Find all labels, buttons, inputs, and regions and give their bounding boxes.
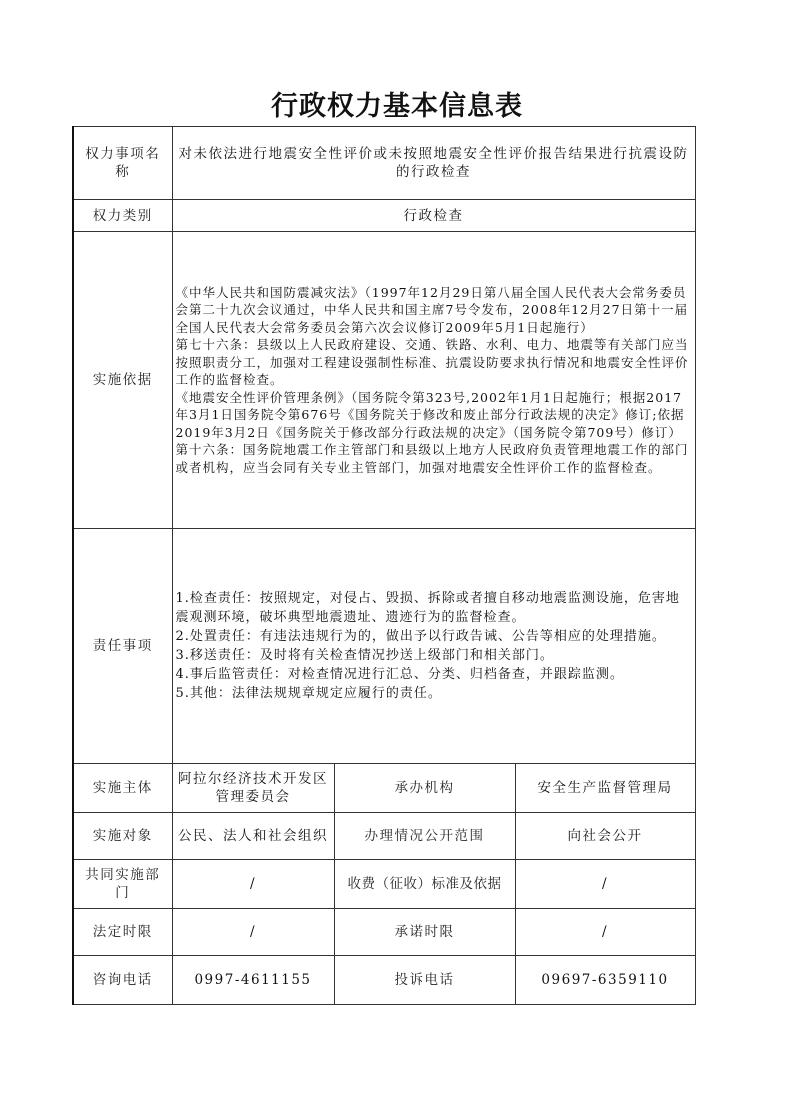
responsibility-item: 4.事后监管责任：对检查情况进行汇总、分类、归档备查，并跟踪监测。 [176, 665, 692, 684]
label-legal-deadline: 法定时限 [73, 909, 172, 956]
row-joint: 共同实施部门 / 收费（征收）标准及依据 / [73, 860, 695, 909]
label-basis: 实施依据 [73, 232, 172, 529]
value-power-category: 行政检查 [172, 200, 695, 232]
value-power-name: 对未依法进行地震安全性评价或未按照地震安全性评价报告结果进行抗震设防的行政检查 [172, 127, 695, 200]
value-inquiry-phone: 0997-4611155 [172, 956, 334, 1005]
basis-paragraph: 第七十六条：县级以上人民政府建设、交通、铁路、水利、电力、地震等有关部门应当按照… [176, 336, 692, 389]
value-joint-dept: / [172, 860, 334, 909]
label-complaint-phone: 投诉电话 [334, 956, 515, 1005]
row-responsibility: 责任事项 1.检查责任：按照规定，对侵占、毁损、拆除或者擅自移动地震监测设施，危… [73, 529, 695, 764]
value-target: 公民、法人和社会组织 [172, 813, 334, 860]
value-promised-deadline: / [515, 909, 695, 956]
row-power-name: 权力事项名称 对未依法进行地震安全性评价或未按照地震安全性评价报告结果进行抗震设… [73, 127, 695, 200]
value-disclosure-scope: 向社会公开 [515, 813, 695, 860]
responsibility-item: 1.检查责任：按照规定，对侵占、毁损、拆除或者擅自移动地震监测设施，危害地震观测… [176, 589, 692, 627]
row-phone: 咨询电话 0997-4611155 投诉电话 09697-6359110 [73, 956, 695, 1005]
value-legal-deadline: / [172, 909, 334, 956]
row-deadline: 法定时限 / 承诺时限 / [73, 909, 695, 956]
row-subject: 实施主体 阿拉尔经济技术开发区管理委员会 承办机构 安全生产监督管理局 [73, 764, 695, 813]
responsibility-item: 2.处置责任：有违法违规行为的，做出予以行政告诫、公告等相应的处理措施。 [176, 627, 692, 646]
basis-paragraph: 第十六条：国务院地震工作主管部门和县级以上地方人民政府负责管理地震工作的部门或者… [176, 441, 692, 476]
label-joint-dept: 共同实施部门 [73, 860, 172, 909]
row-power-category: 权力类别 行政检查 [73, 200, 695, 232]
label-promised-deadline: 承诺时限 [334, 909, 515, 956]
label-disclosure-scope: 办理情况公开范围 [334, 813, 515, 860]
value-complaint-phone: 09697-6359110 [515, 956, 695, 1005]
label-inquiry-phone: 咨询电话 [73, 956, 172, 1005]
label-fee-standard: 收费（征收）标准及依据 [334, 860, 515, 909]
label-responsibility: 责任事项 [73, 529, 172, 764]
row-basis: 实施依据 《中华人民共和国防震减灾法》（1997年12月29日第八届全国人民代表… [73, 232, 695, 529]
page-title: 行政权力基本信息表 [0, 84, 794, 123]
responsibility-item: 5.其他：法律法规规章规定应履行的责任。 [176, 684, 692, 703]
responsibility-item: 3.移送责任：及时将有关检查情况抄送上级部门和相关部门。 [176, 646, 692, 665]
label-subject: 实施主体 [73, 764, 172, 813]
info-table: 权力事项名称 对未依法进行地震安全性评价或未按照地震安全性评价报告结果进行抗震设… [72, 126, 696, 1005]
value-subject: 阿拉尔经济技术开发区管理委员会 [172, 764, 334, 813]
basis-paragraph: 《中华人民共和国防震减灾法》（1997年12月29日第八届全国人民代表大会常务委… [176, 284, 692, 337]
row-target: 实施对象 公民、法人和社会组织 办理情况公开范围 向社会公开 [73, 813, 695, 860]
label-power-name: 权力事项名称 [73, 127, 172, 200]
value-responsibility: 1.检查责任：按照规定，对侵占、毁损、拆除或者擅自移动地震监测设施，危害地震观测… [172, 529, 695, 764]
basis-paragraph: 《地震安全性评价管理条例》（国务院令第323号,2002年1月1日起施行；根据2… [176, 389, 692, 442]
label-target: 实施对象 [73, 813, 172, 860]
label-handling-agency: 承办机构 [334, 764, 515, 813]
value-handling-agency: 安全生产监督管理局 [515, 764, 695, 813]
value-fee-standard: / [515, 860, 695, 909]
label-power-category: 权力类别 [73, 200, 172, 232]
value-basis: 《中华人民共和国防震减灾法》（1997年12月29日第八届全国人民代表大会常务委… [172, 232, 695, 529]
